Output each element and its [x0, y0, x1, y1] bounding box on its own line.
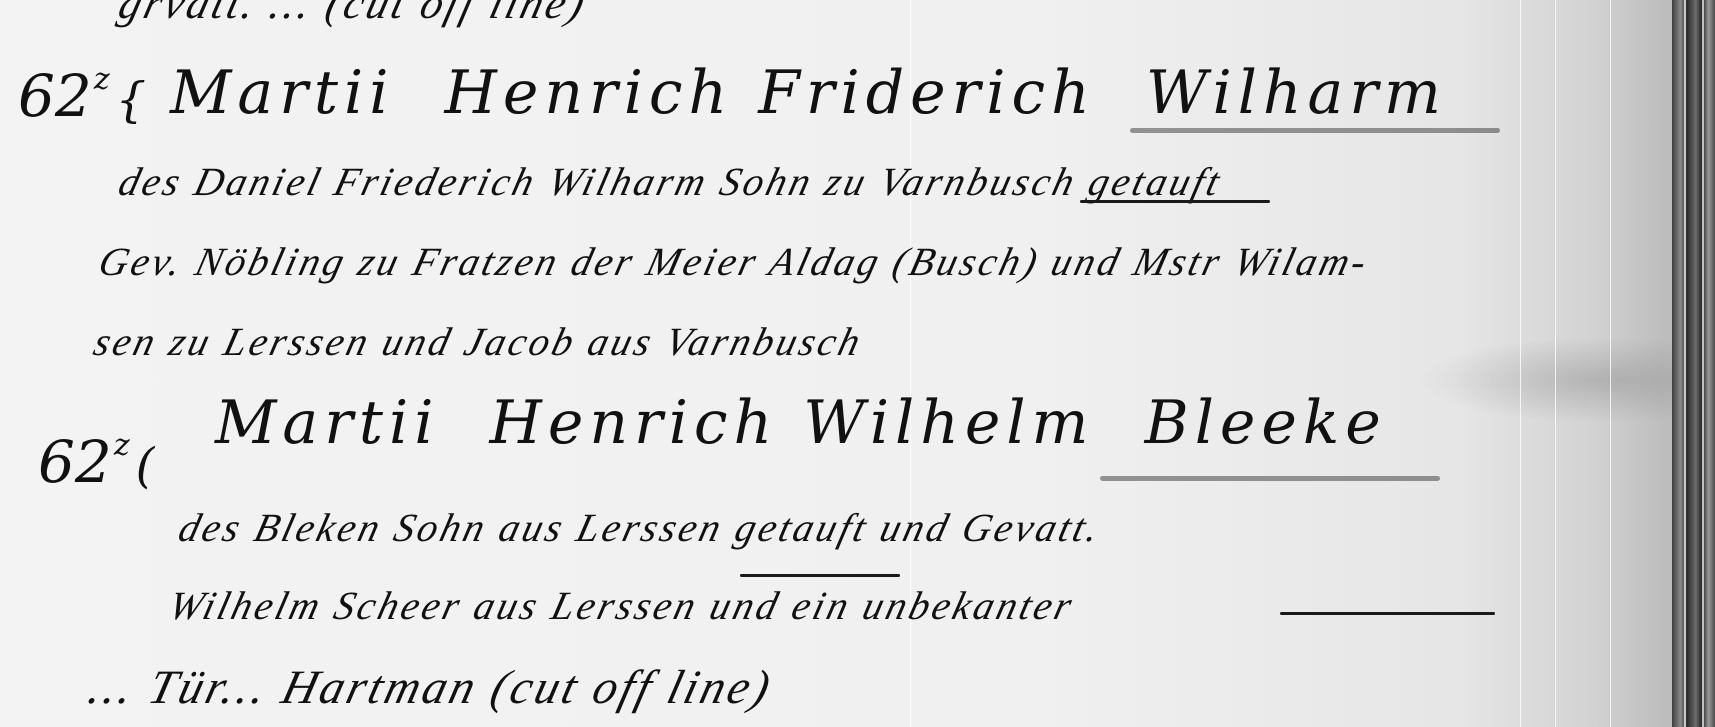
entry-2-body-line-1: des Bleken Sohn aus Lerssen getauft und …: [174, 504, 1107, 551]
scan-streak: [1610, 0, 1611, 727]
entry-1-body-line-2: Gev. Nöbling zu Fratzen der Meier Aldag …: [94, 238, 1374, 285]
bottom-fragment-line: ... Tür... Hartman (cut off line): [83, 660, 778, 715]
entry-2-surname: Bleeke: [1145, 388, 1387, 458]
entry-2-surname-underline: [1100, 476, 1440, 481]
entry-1-name-line: Martii Henrich Friderich Wilharm: [170, 58, 1447, 128]
entry-1-body-line-1: des Daniel Friederich Wilharm Sohn zu Va…: [114, 158, 1227, 205]
entry-2-margin-number: 62z(: [38, 428, 154, 496]
entry-2-date: Martii: [215, 388, 439, 458]
entry-1-date: Martii: [170, 58, 394, 128]
entry-1-margin-number: 62z{: [18, 62, 146, 130]
entry-1-body-line-3: sen zu Lerssen und Jacob aus Varnbusch: [89, 318, 868, 365]
top-fragment-line: grvatt. ... (cut off line): [114, 0, 593, 29]
entry-1-surname-underline: [1130, 128, 1500, 133]
book-binding-edge: [1672, 0, 1715, 727]
entry-1-place-underline: [1080, 200, 1270, 203]
entry-1-number: 62: [18, 62, 92, 130]
document-scan: grvatt. ... (cut off line) 62z{ Martii H…: [0, 0, 1715, 727]
entry-1-brace: {: [116, 72, 147, 128]
entry-2-place-underline: [740, 574, 900, 577]
entry-2-given-names: Henrich Wilhelm: [490, 388, 1095, 458]
entry-2-number-sup: z: [114, 428, 130, 463]
entry-1-given-names: Henrich Friderich: [445, 58, 1096, 128]
line-end-flourish: [1280, 612, 1495, 615]
entry-2-number: 62: [38, 428, 112, 496]
entry-1-number-sup: z: [94, 62, 110, 97]
binding-highlight: [1702, 0, 1704, 727]
entry-1-surname: Wilharm: [1146, 58, 1447, 128]
binding-highlight: [1684, 0, 1686, 727]
scan-streak: [1555, 0, 1556, 727]
entry-2-name-line: Martii Henrich Wilhelm Bleeke: [215, 388, 1387, 458]
entry-2-brace: (: [136, 438, 155, 494]
scan-streak: [1520, 0, 1521, 727]
entry-2-body-line-2: Wilhelm Scheer aus Lerssen und ein unbek…: [164, 582, 1079, 629]
